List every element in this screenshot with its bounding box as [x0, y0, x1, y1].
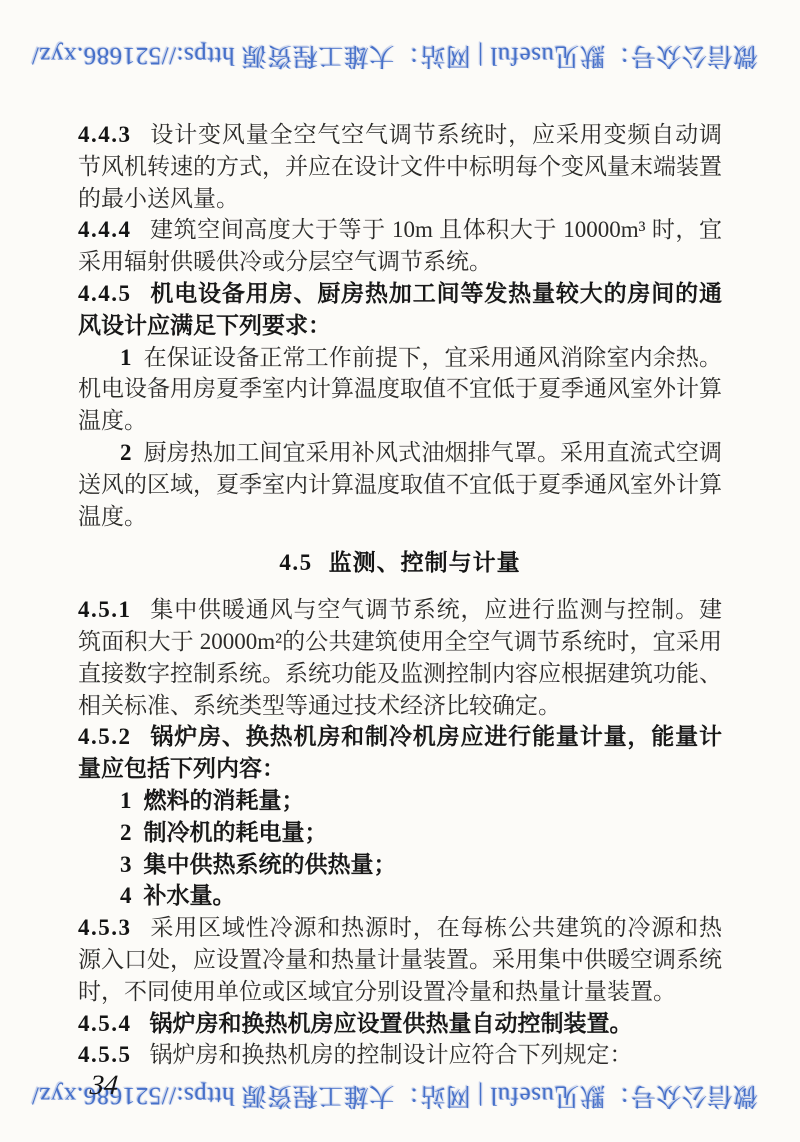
item-text: 厨房热加工间宜采用补风式油烟排气罩。采用直流式空调送风的区域，夏季室内计算温度取… — [78, 440, 722, 529]
item-text: 制冷机的耗电量； — [144, 819, 328, 845]
item-text: 燃料的消耗量； — [144, 787, 305, 813]
clause-4-5-2: 4.5.2锅炉房、换热机房和制冷机房应进行能量计量，能量计量应包括下列内容： — [78, 721, 722, 785]
item-text: 在保证设备正常工作前提下，宜采用通风消除室内余热。机电设备用房夏季室内计算温度取… — [78, 345, 722, 434]
watermark-bottom: 微信公众号：默见useful | 网站：大雄工程资源 https://52168… — [42, 1080, 758, 1110]
clause-4-5-3: 4.5.3采用区域性冷源和热源时，在每栋公共建筑的冷源和热源入口处，应设置冷量和… — [78, 912, 722, 1007]
clause-number: 4.4.5 — [78, 281, 132, 306]
section-number: 4.5 — [279, 550, 312, 575]
list-item-1: 1燃料的消耗量； — [78, 785, 722, 817]
clause-text: 集中供暖通风与空气调节系统，应进行监测与控制。建筑面积大于 20000m²的公共… — [78, 597, 722, 717]
item-number: 1 — [120, 788, 132, 813]
clause-text: 锅炉房、换热机房和制冷机房应进行能量计量，能量计量应包括下列内容： — [78, 723, 722, 781]
item-number: 1 — [120, 345, 132, 370]
clause-4-5-5: 4.5.5锅炉房和换热机房的控制设计应符合下列规定： — [78, 1039, 722, 1071]
clause-text: 设计变风量全空气空气调节系统时，应采用变频自动调节风机转速的方式，并应在设计文件… — [78, 122, 722, 211]
list-item-4: 4补水量。 — [78, 880, 722, 912]
clause-number: 4.5.1 — [78, 597, 132, 622]
clause-text: 锅炉房和换热机房应设置供热量自动控制装置。 — [150, 1010, 633, 1036]
clause-4-4-3: 4.4.3设计变风量全空气空气调节系统时，应采用变频自动调节风机转速的方式，并应… — [78, 119, 722, 214]
clause-4-5-1: 4.5.1集中供暖通风与空气调节系统，应进行监测与控制。建筑面积大于 20000… — [78, 594, 722, 721]
section-heading: 4.5监测、控制与计量 — [78, 547, 722, 579]
clause-number: 4.5.2 — [78, 724, 132, 749]
list-item-3: 3集中供热系统的供热量； — [78, 849, 722, 881]
clause-number: 4.4.4 — [78, 217, 132, 242]
item-text: 集中供热系统的供热量； — [144, 851, 397, 877]
scanned-standard-page: { "page": { "number": "34" }, "watermark… — [0, 0, 800, 1142]
item-text: 补水量。 — [144, 882, 236, 908]
item-number: 2 — [120, 440, 132, 465]
clause-4-4-4: 4.4.4建筑空间高度大于等于 10m 且体积大于 10000m³ 时，宜采用辐… — [78, 214, 722, 278]
clause-4-4-5: 4.4.5机电设备用房、厨房热加工间等发热量较大的房间的通风设计应满足下列要求： — [78, 278, 722, 342]
watermark-top: 微信公众号：默见useful | 网站：大雄工程资源 https://52168… — [42, 40, 758, 70]
list-item-2: 2制冷机的耗电量； — [78, 817, 722, 849]
section-title: 监测、控制与计量 — [329, 549, 521, 575]
page-number: 34 — [89, 1070, 120, 1102]
clause-number: 4.4.3 — [78, 122, 132, 147]
item-number: 3 — [120, 852, 132, 877]
clause-number: 4.5.4 — [78, 1011, 132, 1036]
clause-text: 建筑空间高度大于等于 10m 且体积大于 10000m³ 时，宜采用辐射供暖供冷… — [78, 217, 722, 274]
document-content: 4.4.3设计变风量全空气空气调节系统时，应采用变频自动调节风机转速的方式，并应… — [78, 119, 722, 1071]
clause-number: 4.5.3 — [78, 915, 132, 940]
clause-text: 锅炉房和换热机房的控制设计应符合下列规定： — [150, 1042, 633, 1067]
list-item-2: 2厨房热加工间宜采用补风式油烟排气罩。采用直流式空调送风的区域，夏季室内计算温度… — [78, 437, 722, 532]
item-number: 4 — [120, 883, 132, 908]
clause-4-5-4: 4.5.4锅炉房和换热机房应设置供热量自动控制装置。 — [78, 1008, 722, 1040]
clause-number: 4.5.5 — [78, 1042, 132, 1067]
clause-text: 机电设备用房、厨房热加工间等发热量较大的房间的通风设计应满足下列要求： — [78, 280, 722, 338]
list-item-1: 1在保证设备正常工作前提下，宜采用通风消除室内余热。机电设备用房夏季室内计算温度… — [78, 342, 722, 437]
item-number: 2 — [120, 820, 132, 845]
clause-text: 采用区域性冷源和热源时，在每栋公共建筑的冷源和热源入口处，应设置冷量和热量计量装… — [78, 915, 722, 1004]
